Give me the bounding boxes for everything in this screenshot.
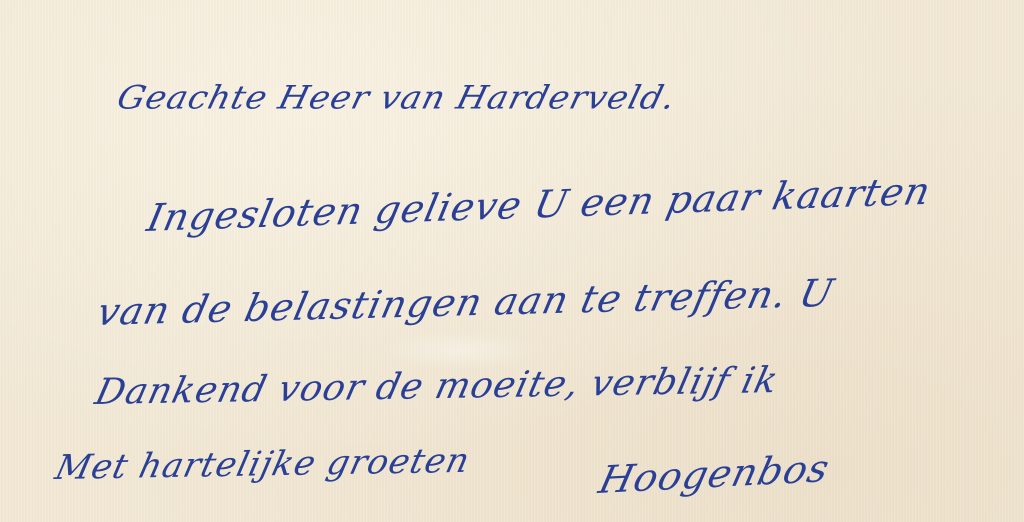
letter-paper: Geachte Heer van Harderveld. Ingesloten … — [0, 0, 1024, 522]
body-line-2: van de belastingen aan te treffen. U — [93, 271, 838, 334]
salutation: Geachte Heer van Harderveld. — [113, 79, 680, 117]
closing: Met hartelijke groeten — [51, 441, 474, 488]
body-line-1: Ingesloten gelieve U een paar kaarten — [143, 169, 935, 240]
body-line-3: Dankend voor de moeite, verblijf ik — [91, 360, 782, 413]
signature: Hoogenbos — [595, 446, 834, 502]
